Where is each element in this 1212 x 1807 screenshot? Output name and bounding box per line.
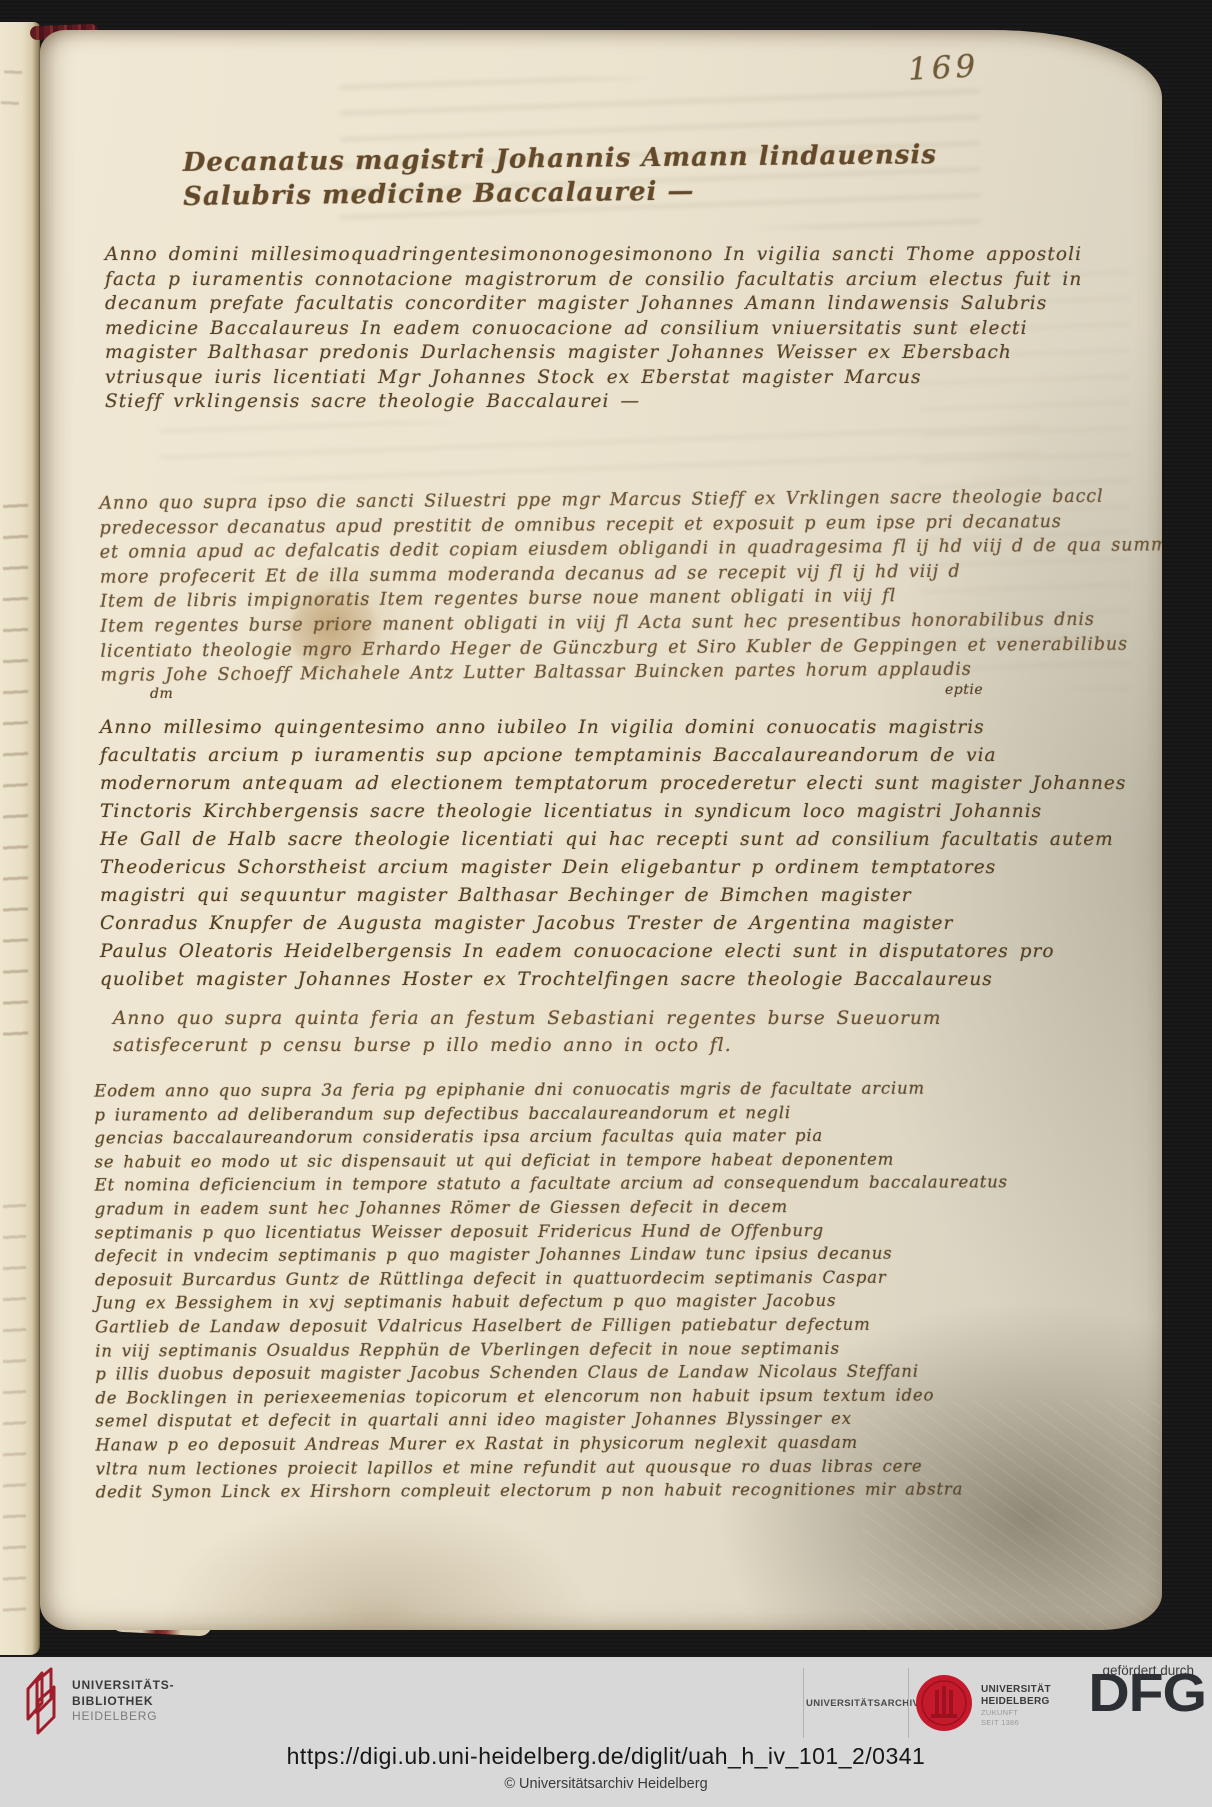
manuscript-line: facta p iuramentis connotacione magistro… bbox=[105, 268, 1082, 293]
manuscript-line: in viij septimanis Osualdus Repphün de V… bbox=[95, 1336, 1008, 1363]
manuscript-line: gradum in eadem sunt hec Johannes Römer … bbox=[95, 1194, 1008, 1221]
manuscript-line: p illis duobus deposuit magister Jacobus… bbox=[95, 1360, 1008, 1387]
manuscript-line: Tinctoris Kirchbergensis sacre theologie… bbox=[100, 798, 1126, 826]
manuscript-line: p iuramento ad deliberandum sup defectib… bbox=[94, 1100, 1007, 1127]
scan-photo-area: 169 Decanatus magistri Johannis Amann li… bbox=[0, 0, 1212, 1657]
manuscript-line: satisfecerunt p censu burse p illo medio… bbox=[113, 1032, 941, 1059]
copyright-notice: © Universitätsarchiv Heidelberg bbox=[0, 1776, 1212, 1792]
university-heidelberg-logo-text: UNIVERSITÄT HEIDELBERG ZUKUNFT SEIT 1386 bbox=[981, 1684, 1051, 1727]
university-library-logo-icon bbox=[24, 1667, 68, 1735]
manuscript-line: Gartlieb de Landaw deposuit Vdalricus Ha… bbox=[95, 1312, 1008, 1339]
manuscript-line: Anno domini millesimoquadringentesimonon… bbox=[105, 243, 1082, 268]
manuscript-line: Anno millesimo quingentesimo anno iubile… bbox=[100, 714, 1126, 742]
university-logo-line3: ZUKUNFT bbox=[981, 1708, 1051, 1718]
library-logo-line1: UNIVERSITÄTS- bbox=[72, 1678, 174, 1694]
manuscript-heading: Decanatus magistri Johannis Amann lindau… bbox=[183, 138, 938, 214]
manuscript-line: Anno quo supra quinta feria an festum Se… bbox=[113, 1005, 941, 1032]
opposite-page-edge bbox=[0, 22, 40, 1655]
manuscript-paragraph-5: Eodem anno quo supra 3a feria pg epiphan… bbox=[94, 1076, 1009, 1504]
ink-bleedthrough bbox=[160, 422, 1040, 480]
manuscript-line: se habuit eo modo ut sic dispensauit ut … bbox=[95, 1147, 1008, 1174]
manuscript-page: 169 Decanatus magistri Johannis Amann li… bbox=[40, 30, 1162, 1630]
university-logo-line4: SEIT 1386 bbox=[981, 1718, 1051, 1728]
university-logo-line2: HEIDELBERG bbox=[981, 1696, 1051, 1708]
margin-script-fragments bbox=[3, 1192, 26, 1612]
manuscript-line: quolibet magister Johannes Hoster ex Tro… bbox=[100, 966, 1126, 994]
divider bbox=[908, 1668, 909, 1738]
manuscript-line: magister Balthasar predonis Durlachensis… bbox=[105, 341, 1082, 366]
manuscript-line: Hanaw p eo deposuit Andreas Murer ex Ras… bbox=[95, 1430, 1008, 1457]
manuscript-line: Stieff vrklingensis sacre theologie Bacc… bbox=[105, 390, 1082, 415]
manuscript-line: Theodericus Schorstheist arcium magister… bbox=[100, 854, 1126, 882]
library-logo-line2: BIBLIOTHEK bbox=[72, 1694, 174, 1710]
manuscript-line: magistri qui sequuntur magister Balthasa… bbox=[100, 882, 1126, 910]
manuscript-line: medicine Baccalaureus In eadem conuocaci… bbox=[105, 317, 1082, 342]
manuscript-line: modernorum antequam ad electionem tempta… bbox=[100, 770, 1126, 798]
university-logo-line1: UNIVERSITÄT bbox=[981, 1684, 1051, 1696]
divider bbox=[803, 1668, 804, 1738]
manuscript-paragraph-1: Anno domini millesimoquadringentesimonon… bbox=[105, 243, 1082, 415]
manuscript-line: decanum prefate facultatis concorditer m… bbox=[105, 292, 1082, 317]
manuscript-line: facultatis arcium p iuramentis sup apcio… bbox=[100, 742, 1126, 770]
manuscript-line: deposuit Burcardus Guntz de Rüttlinga de… bbox=[95, 1265, 1008, 1292]
manuscript-line: Conradus Knupfer de Augusta magister Jac… bbox=[100, 910, 1126, 938]
manuscript-line: defecit in vndecim septimanis p quo magi… bbox=[95, 1242, 1008, 1269]
manuscript-line: He Gall de Halb sacre theologie licentia… bbox=[100, 826, 1126, 854]
interlinear-note-left: dm bbox=[150, 686, 173, 702]
manuscript-line: semel disputat et defecit in quartali an… bbox=[95, 1407, 1008, 1434]
manuscript-line: Eodem anno quo supra 3a feria pg epiphan… bbox=[94, 1076, 1007, 1103]
university-library-logo-text: UNIVERSITÄTS- BIBLIOTHEK HEIDELBERG bbox=[72, 1678, 174, 1725]
margin-script-fragments bbox=[0, 57, 24, 128]
manuscript-line: Jung ex Bessighem in xvj septimanis habu… bbox=[95, 1289, 1008, 1316]
manuscript-paragraph-3: Anno millesimo quingentesimo anno iubile… bbox=[100, 714, 1126, 994]
folio-number: 169 bbox=[907, 48, 980, 88]
library-logo-line3: HEIDELBERG bbox=[72, 1709, 174, 1725]
interlinear-note-right: eptie bbox=[945, 682, 983, 698]
manuscript-line: septimanis p quo licentiatus Weisser dep… bbox=[95, 1218, 1008, 1245]
manuscript-line: Paulus Oleatoris Heidelbergensis In eade… bbox=[100, 938, 1126, 966]
manuscript-paragraph-2: Anno quo supra ipso die sancti Siluestri… bbox=[99, 484, 1162, 688]
university-archive-label: UNIVERSITÄTSARCHIV bbox=[806, 1698, 906, 1709]
margin-script-fragments bbox=[3, 492, 28, 1052]
manuscript-line: vltra num lectiones proiecit lapillos et… bbox=[96, 1454, 1009, 1481]
manuscript-paragraph-4: Anno quo supra quinta feria an festum Se… bbox=[113, 1005, 941, 1059]
manuscript-line: dedit Symon Linck ex Hirshorn compleuit … bbox=[96, 1477, 1009, 1504]
footer-branding-bar: UNIVERSITÄTS- BIBLIOTHEK HEIDELBERG UNIV… bbox=[0, 1657, 1212, 1807]
digitization-url: https://digi.ub.uni-heidelberg.de/diglit… bbox=[0, 1743, 1212, 1770]
dfg-logo: DFG bbox=[1088, 1665, 1206, 1721]
manuscript-line: de Bocklingen in periexeemenias topicoru… bbox=[95, 1383, 1008, 1410]
heidelberg-university-seal-icon bbox=[915, 1674, 973, 1732]
manuscript-line: vtriusque iuris licentiati Mgr Johannes … bbox=[105, 366, 1082, 391]
manuscript-line: Et nomina deficiencium in tempore statut… bbox=[95, 1171, 1008, 1198]
manuscript-line: gencias baccalaureandorum consideratis i… bbox=[94, 1124, 1007, 1151]
